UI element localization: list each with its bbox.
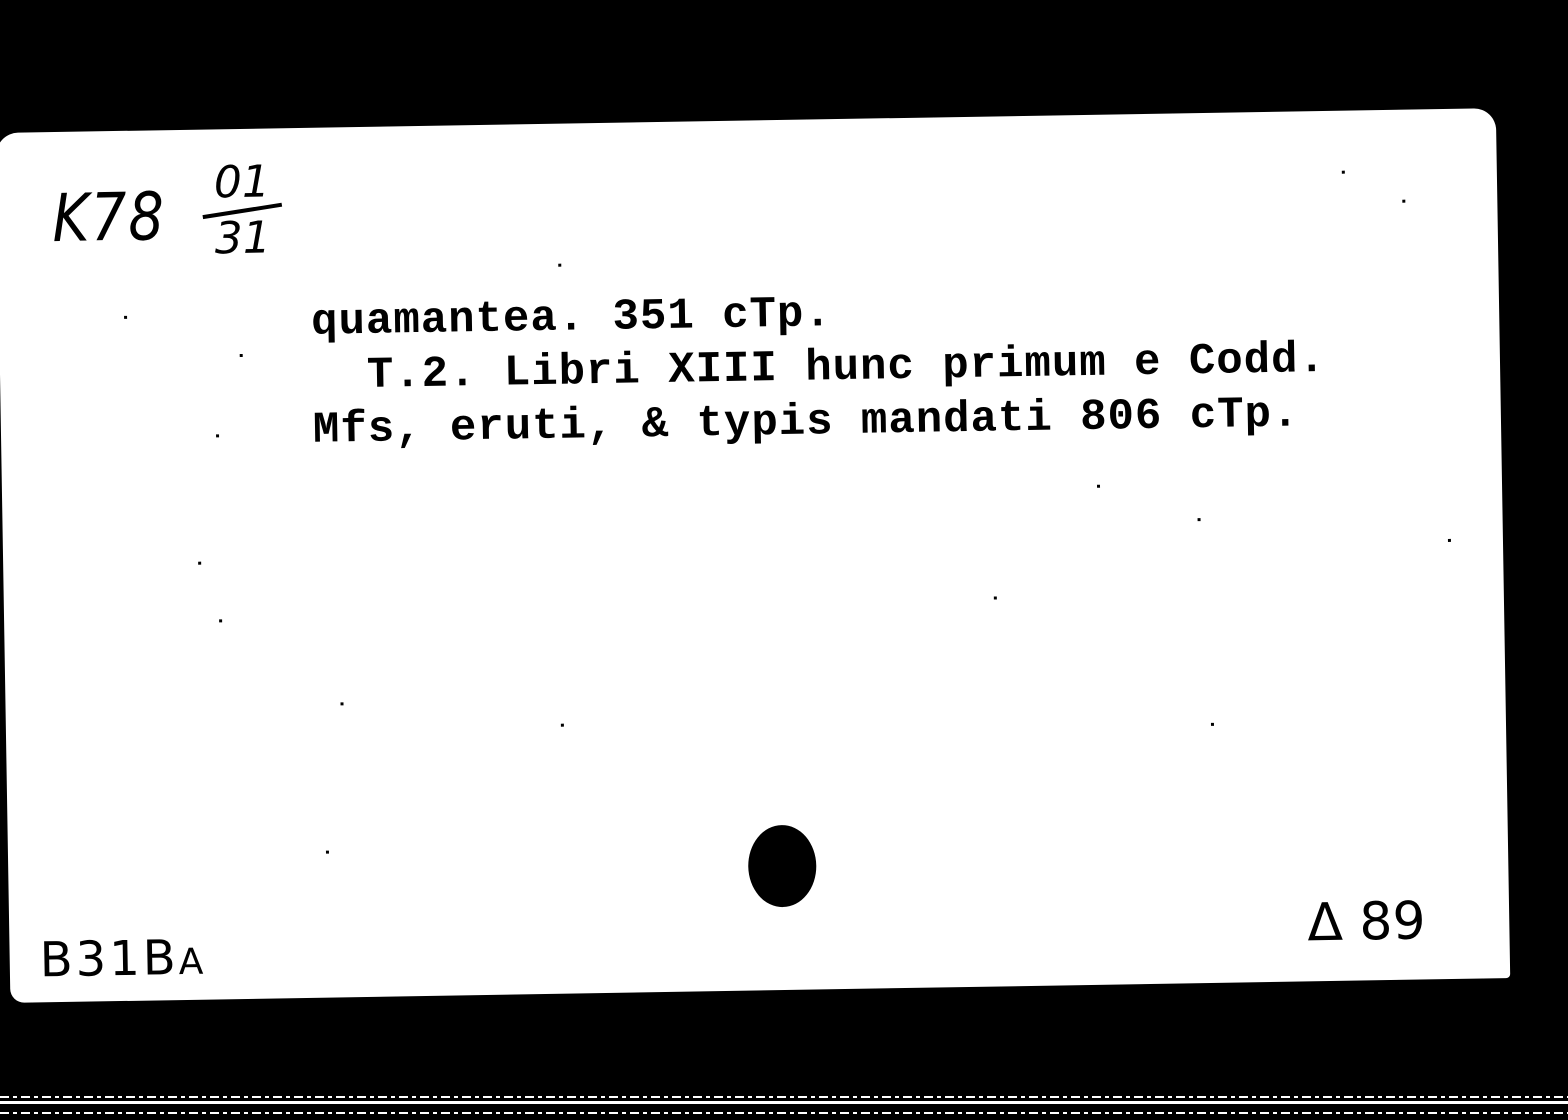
punch-hole [748,825,817,908]
speck [561,724,564,727]
speck [340,702,343,705]
speck [1402,200,1405,203]
speck [994,596,997,599]
speck [1448,539,1451,542]
speck [1211,723,1214,726]
fraction-denominator: 31 [202,214,283,263]
speck [1097,485,1100,488]
scan-artifact-line [0,1096,1568,1098]
speck [219,619,222,622]
call-number-prefix: K78 [52,178,167,257]
call-number-fraction: 01 31 [201,158,283,263]
fraction-numerator: 01 [201,158,282,207]
speck [240,354,243,357]
speck [326,851,329,854]
scan-artifact-line [0,1101,1568,1104]
scan-artifact-line [0,1112,1568,1114]
speck [558,264,561,267]
speck [198,562,201,565]
shelf-mark-sub: A [178,942,206,983]
shelf-mark-main: B31B [39,930,179,988]
speck [124,316,127,319]
corner-mark: Δ 89 [1307,891,1426,953]
typed-description: quamantea. 351 cTp. T.2. Libri XIII hunc… [311,279,1328,458]
speck [1198,518,1201,521]
shelf-mark: B31BA [39,930,206,989]
catalog-card: K78 01 31 quamantea. 351 cTp. T.2. Libri… [0,108,1510,1003]
speck [216,434,219,437]
speck [1342,171,1345,174]
